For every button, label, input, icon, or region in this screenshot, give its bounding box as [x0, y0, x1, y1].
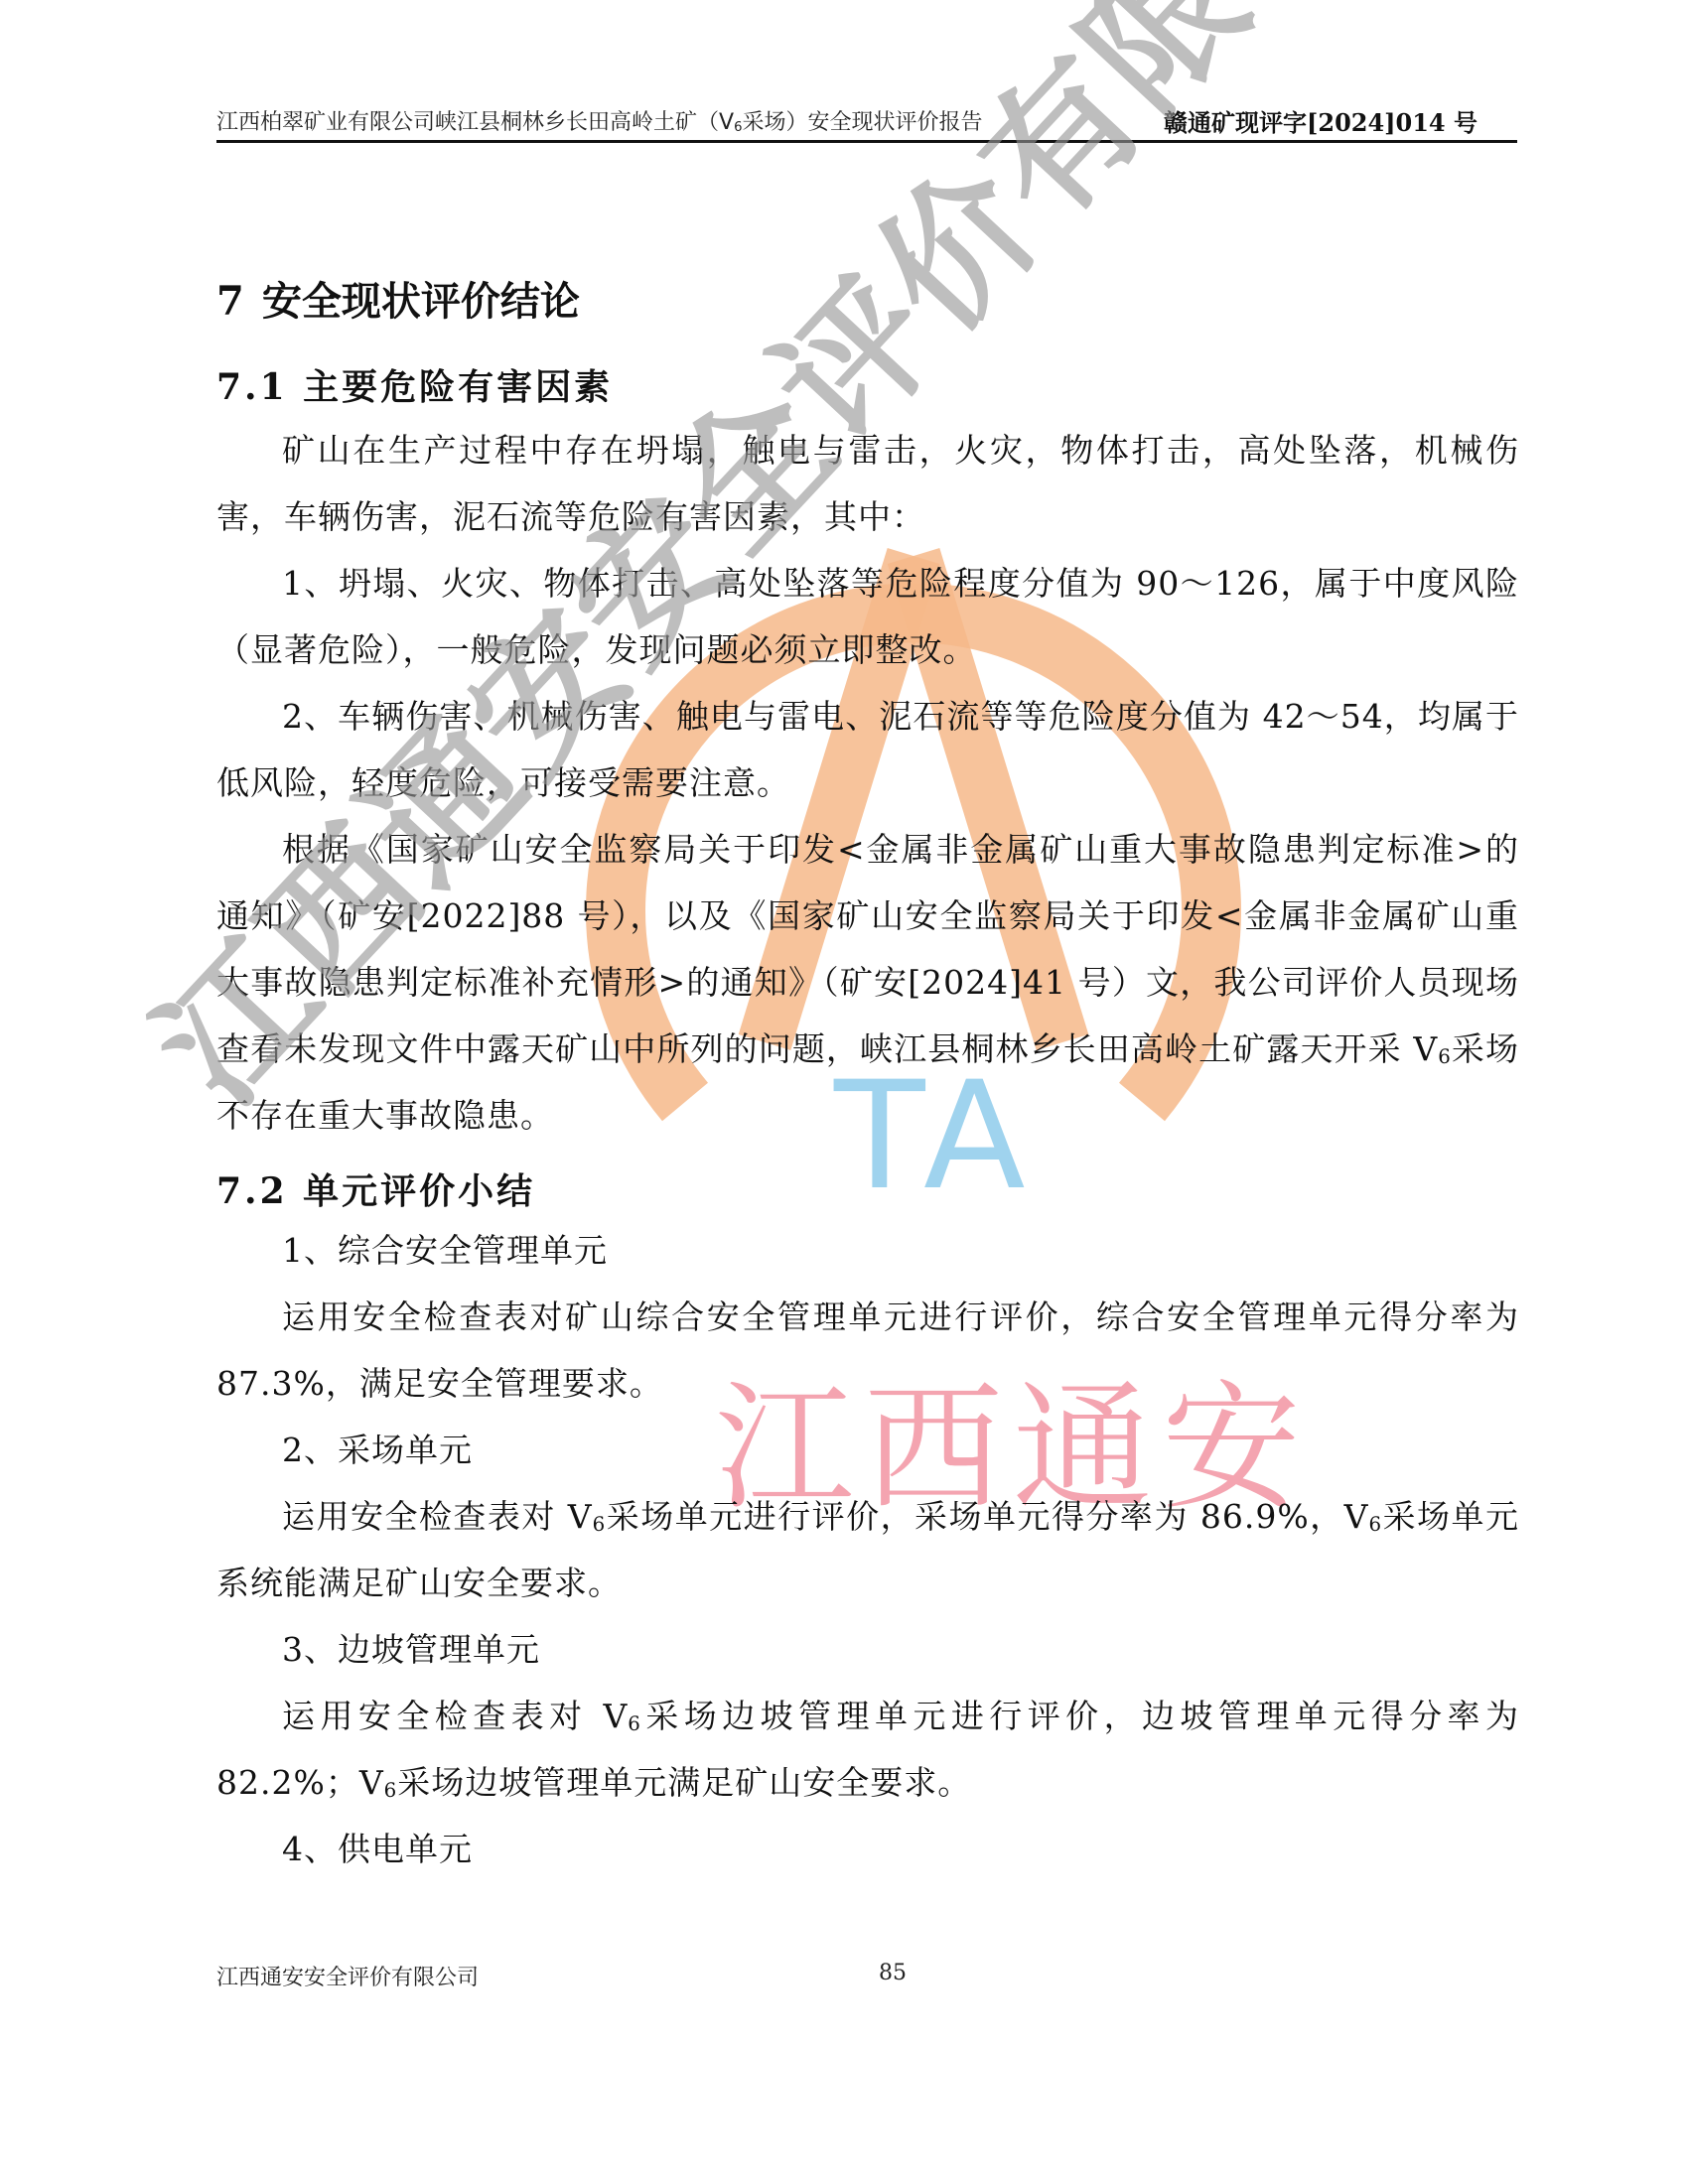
document-number: 赣通矿现评字[2024]014 号 — [1164, 103, 1477, 138]
document-page: TA 江西通安 江西柏翠矿业有限公司峡江县桐林乡长田高岭土矿（V6采场）安全现状… — [0, 0, 1688, 2184]
report-title-header: 江西柏翠矿业有限公司峡江县桐林乡长田高岭土矿（V6采场）安全现状评价报告 — [216, 105, 982, 136]
unit-text-management: 运用安全检查表对矿山综合安全管理单元进行评价，综合安全管理单元得分率为 87.3… — [216, 1284, 1519, 1417]
section-heading-7-1: 7.1 主要危险有害因素 — [216, 359, 613, 410]
hazard-point-2: 2、车辆伤害、机械伤害、触电与雷电、泥石流等等危险度分值为 42～54，均属于低… — [216, 683, 1519, 816]
hazard-intro-paragraph: 矿山在生产过程中存在坍塌，触电与雷击，火灾，物体打击，高处坠落，机械伤害，车辆伤… — [216, 417, 1519, 550]
unit-text-slope: 运用安全检查表对 V6采场边坡管理单元进行评价，边坡管理单元得分率为 82.2%… — [216, 1683, 1519, 1816]
hazard-point-1: 1、坍塌、火灾、物体打击、高处坠落等危险程度分值为 90～126，属于中度风险（… — [216, 550, 1519, 683]
regulation-basis-paragraph: 根据《国家矿山安全监察局关于印发<金属非金属矿山重大事故隐患判定标准>的通知》（… — [216, 816, 1519, 1149]
unit-heading-slope: 3、边坡管理单元 — [216, 1616, 540, 1683]
chapter-heading: 7安全现状评价结论 — [216, 270, 580, 327]
unit-heading-stope: 2、采场单元 — [216, 1417, 473, 1483]
header-divider — [216, 140, 1517, 143]
unit-text-stope: 运用安全检查表对 V6采场单元进行评价，采场单元得分率为 86.9%，V6采场单… — [216, 1483, 1519, 1616]
unit-heading-management: 1、综合安全管理单元 — [216, 1217, 608, 1284]
unit-heading-power: 4、供电单元 — [216, 1816, 473, 1882]
page-number: 85 — [879, 1961, 907, 1985]
section-heading-7-2: 7.2 单元评价小结 — [216, 1163, 535, 1214]
footer-company: 江西通安安全评价有限公司 — [216, 1961, 479, 1991]
